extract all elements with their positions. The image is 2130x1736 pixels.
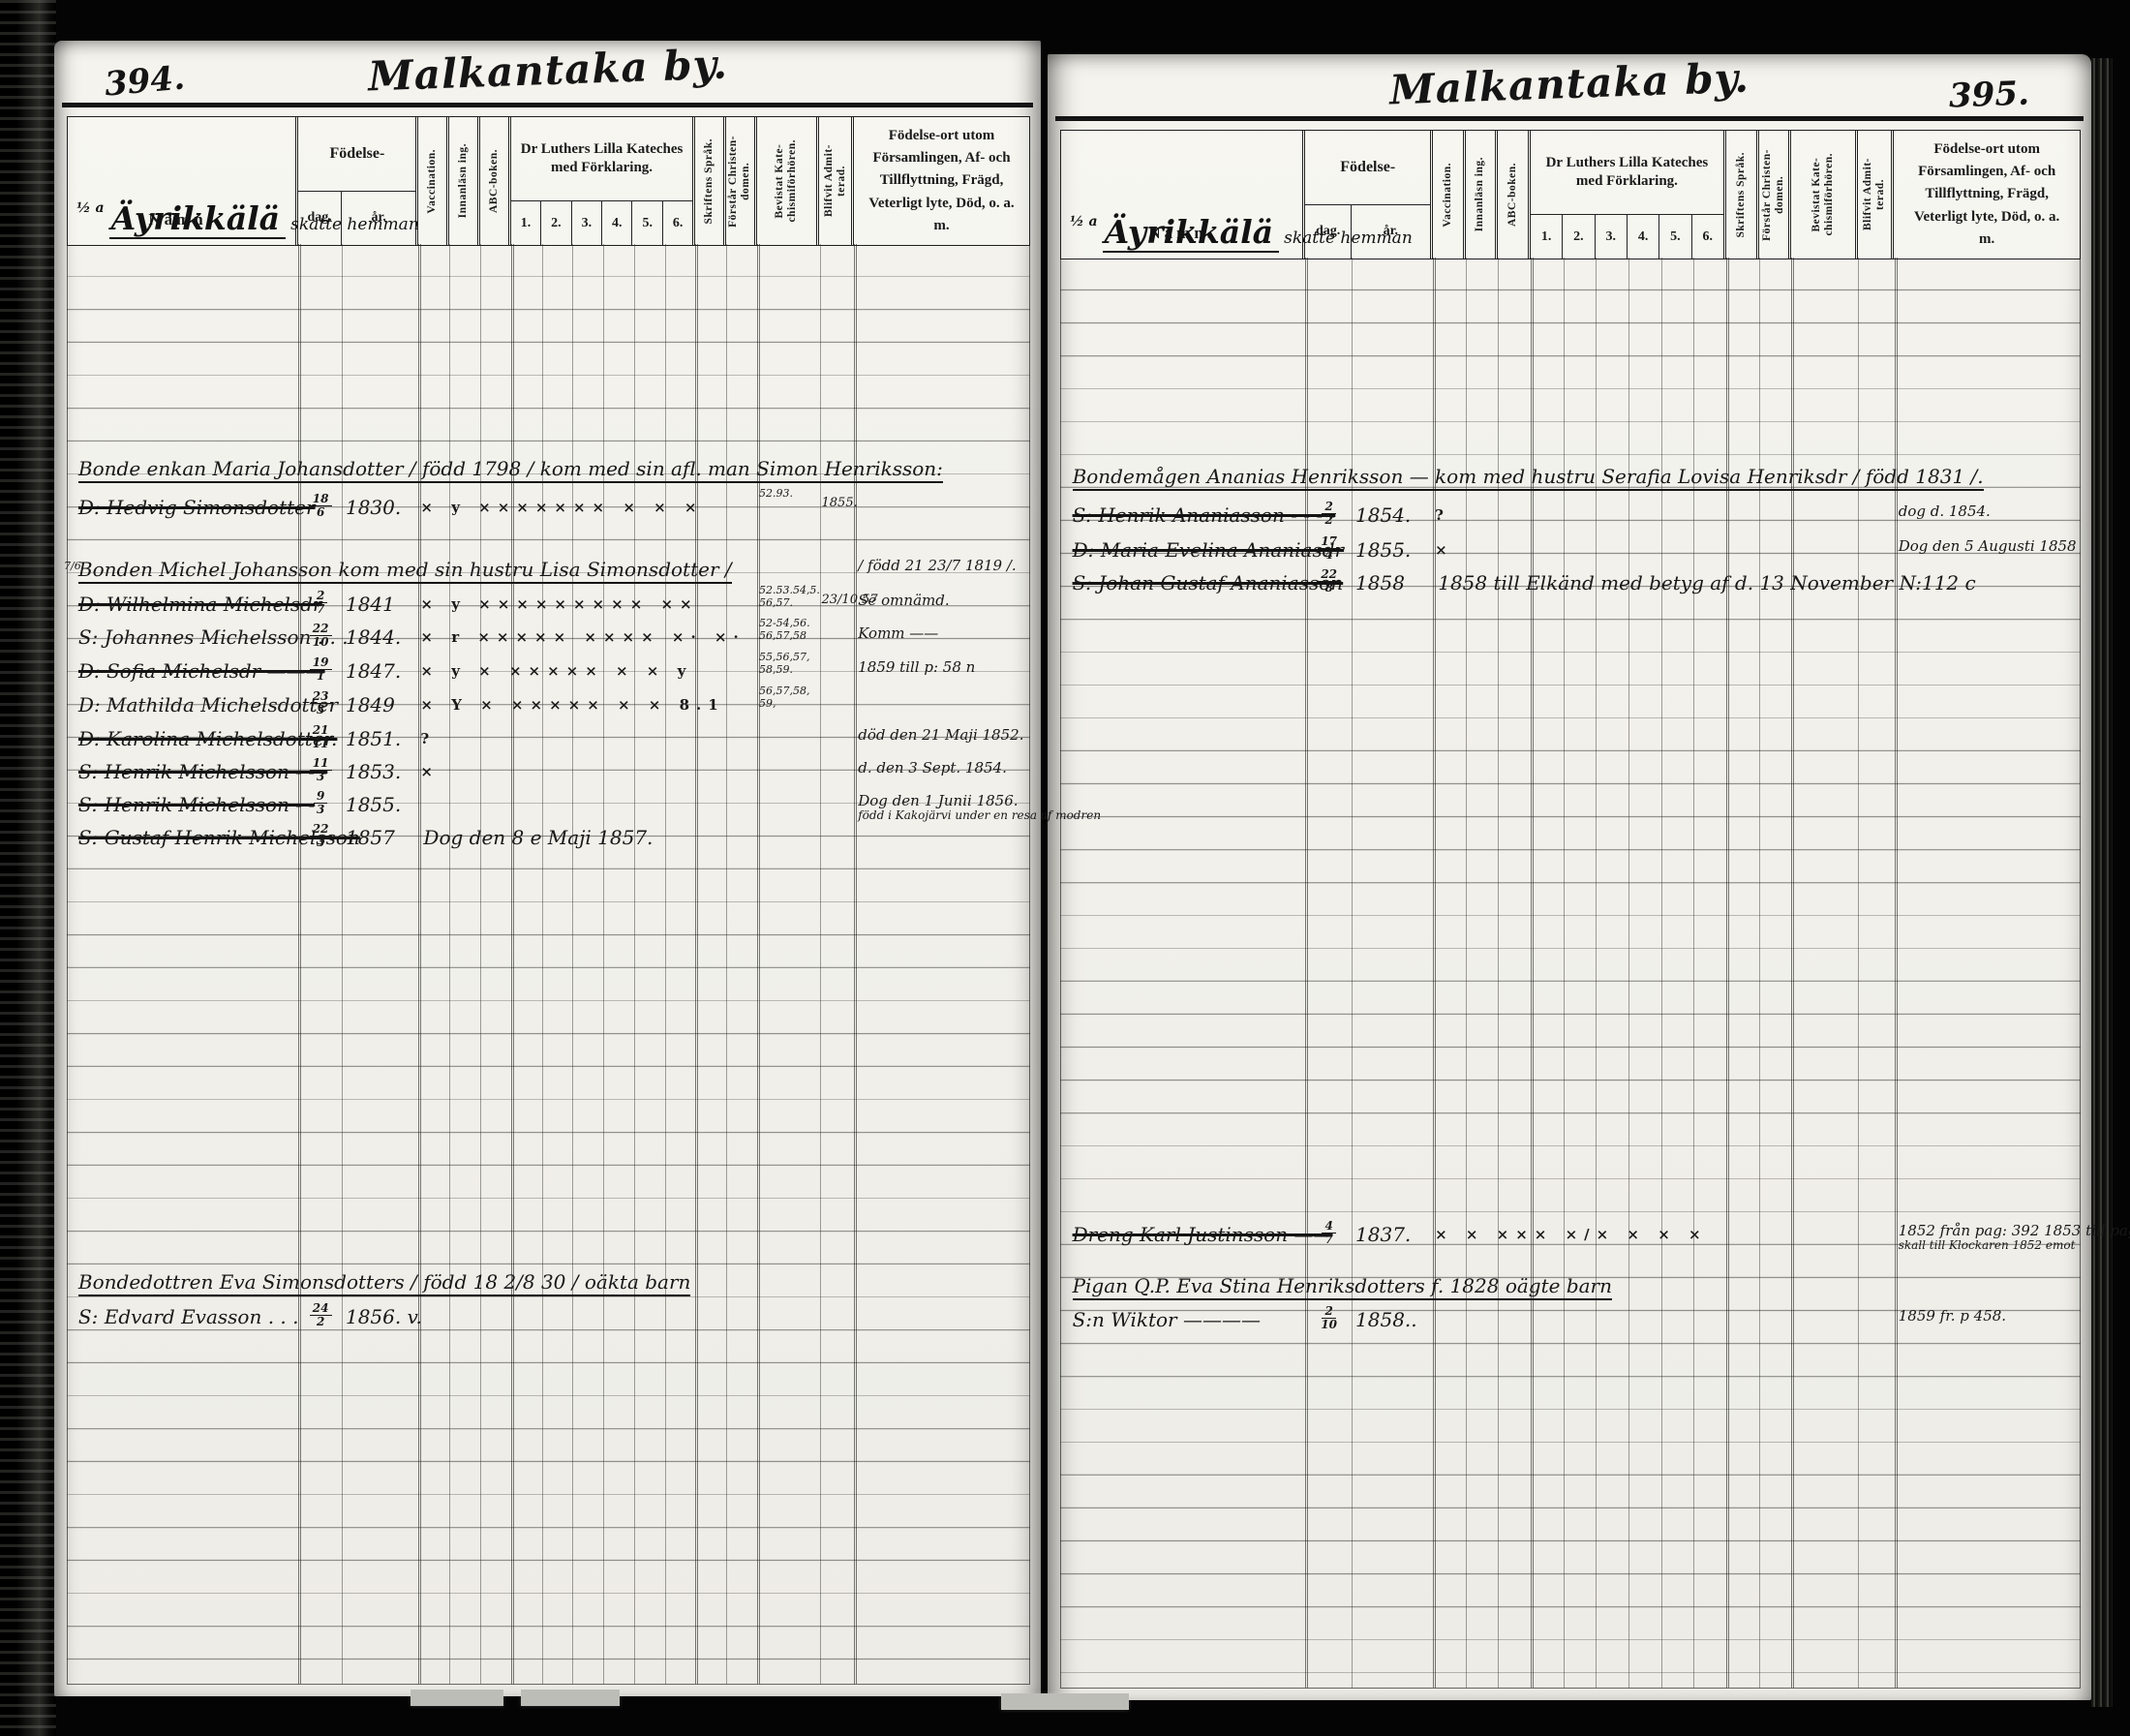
column-header-bevistat: Bevistat Kate- chismiförhören. xyxy=(757,117,820,245)
film-marker xyxy=(411,1690,503,1706)
entry-birth-year: 1857 xyxy=(346,826,395,849)
column-header-notes: Födelse-ort utom Församlingen, Af- och T… xyxy=(1894,131,2079,259)
section-header-handwritten: ½ a Äyrikkälä skatte hemman xyxy=(1070,213,1413,251)
entry-name: S:n Wiktor ———— xyxy=(1073,1308,1261,1331)
column-header-skriftens-sprak: Skriftens Språk. xyxy=(695,117,726,245)
ledger-entry: Bondemågen Ananias Henriksson — kom med … xyxy=(1061,463,2080,496)
kateches-subcolumn-label: 3. xyxy=(572,201,602,245)
bevistat-label: Bevistat Kate- chismiförhören. xyxy=(774,139,799,223)
page-number: 395. xyxy=(1949,75,2030,116)
entry-remark: Dog den 5 Augusti 1858 xyxy=(1899,538,2077,555)
entry-remark: död den 21 Maji 1852. xyxy=(858,727,1023,744)
ledger-page-394: 394. Malkantaka by. Namn. Födelse- dag. … xyxy=(54,41,1041,1696)
entry-birth-year: 1858 xyxy=(1355,571,1405,594)
header-rule xyxy=(1055,116,2084,121)
entry-birth-year: 1851. xyxy=(346,727,401,750)
entry-name: S: Henrik Ananiasson - - - - xyxy=(1073,503,1336,527)
column-header-blifvit-admitterad: Blifvit Admit- terad. xyxy=(1858,131,1895,259)
entry-exam-marks: × y ××××××××× ×× xyxy=(420,595,698,613)
entry-name: D: Maria Evelina Ananiasdr xyxy=(1073,538,1345,562)
kateches-subcolumn-label: 1. xyxy=(1531,215,1563,259)
section-name: Äyrikkälä xyxy=(109,199,286,239)
kateches-subcolumn-label: 1. xyxy=(511,201,541,245)
blifvit-admitterad-label: Blifvit Admit- terad. xyxy=(823,144,848,217)
entry-remark: / född 21 23/7 1819 /. xyxy=(858,558,1016,574)
section-suffix: skatte hemman xyxy=(290,215,419,234)
entry-name: S: Henrik Michelsson - - xyxy=(78,793,315,816)
ledger-entry: D: Hedvig Simonsdotter 186 1830. × y ×××… xyxy=(68,494,1029,527)
abc-boken-label: ABC-boken. xyxy=(488,149,501,213)
entry-name: Dreng Karl Justinsson —— xyxy=(1073,1223,1333,1246)
innanlasning-label: Innanläsn ing. xyxy=(1474,157,1486,231)
kateches-label: Dr Luthers Lilla Kateches med Förklaring… xyxy=(1531,131,1723,214)
column-header-forstar-christendomen: Förstår Christen- domen. xyxy=(1759,131,1792,259)
kateches-subcolumns: 1.2.3.4.5.6. xyxy=(511,200,693,245)
entry-birth-day: 27 xyxy=(301,590,340,615)
ledger-entry: Dreng Karl Justinsson —— 47 1837. × × ××… xyxy=(1061,1221,2080,1254)
entry-name: D: Mathilda Michelsdotter xyxy=(78,693,338,716)
ledger-entry: D: Wilhelmina Michelsdr 27 1841 × y ××××… xyxy=(68,591,1029,624)
ledger-entry: S: Henrik Ananiasson - - - - 22 1854. ? … xyxy=(1061,502,2080,534)
column-header-abc-boken: ABC-boken. xyxy=(480,117,511,245)
entry-inline-note: 1858 till Elkänd med betyg af d. 13 Nove… xyxy=(1438,571,1975,594)
entry-birth-year: 1830. xyxy=(346,496,401,519)
entry-birth-year: 1849 xyxy=(346,693,395,716)
entry-remark: Se omnämd. xyxy=(858,593,949,609)
entry-birth-day: 242 xyxy=(301,1302,340,1327)
entry-name: S: Johan Gustaf Ananiasson xyxy=(1073,571,1344,594)
entry-birth-year: 1854. xyxy=(1355,503,1411,527)
ledger-entry: 7/6 Bonden Michel Johansson kom med sin … xyxy=(68,556,1029,589)
skriftens-sprak-label: Skriftens Språk. xyxy=(1735,152,1748,238)
book-spine-edge xyxy=(0,0,56,1736)
village-title-handwritten: Malkantaka by. xyxy=(367,41,728,101)
ledger-table: Namn. Födelse- dag. år. Vaccination. Inn… xyxy=(67,116,1030,1685)
entry-name: S: Henrik Michelsson - - - xyxy=(78,760,327,783)
innanlasning-label: Innanläsn ing. xyxy=(457,143,470,218)
vaccination-label: Vaccination. xyxy=(1442,163,1454,228)
column-header-vaccination: Vaccination. xyxy=(1433,131,1466,259)
entry-birth-year: 1844. xyxy=(346,625,401,649)
ledger-entry: D: Karolina Michelsdotter. 2111 1851. ? … xyxy=(68,725,1029,758)
entry-bevistat-years: 52-54,56. 56,57,58 xyxy=(759,617,810,642)
column-header-notes: Födelse-ort utom Församlingen, Af- och T… xyxy=(854,117,1029,245)
kateches-subcolumns: 1.2.3.4.5.6. xyxy=(1531,214,1723,259)
ledger-entry: S: Edvard Evasson . . . 242 1856. v. xyxy=(68,1303,1029,1336)
section-suffix: skatte hemman xyxy=(1284,228,1413,248)
column-header-kateches: Dr Luthers Lilla Kateches med Förklaring… xyxy=(511,117,696,245)
column-header-forstar-christendomen: Förstår Christen- domen. xyxy=(726,117,757,245)
entry-name: D: Hedvig Simonsdotter xyxy=(78,496,316,519)
entry-bevistat-years: 55,56,57, 58,59. xyxy=(759,651,809,676)
column-header-abc-boken: ABC-boken. xyxy=(1498,131,1531,259)
entry-birth-year: 1837. xyxy=(1355,1223,1411,1246)
skriftens-sprak-label: Skriftens Språk. xyxy=(703,138,715,225)
entry-bevistat-years: 56,57,58, 59, xyxy=(759,685,809,710)
entry-remark: Komm —— xyxy=(858,625,938,642)
entry-exam-marks: ? xyxy=(1435,506,1450,524)
column-header-innanlasning: Innanläsn ing. xyxy=(449,117,480,245)
column-header-blifvit-admitterad: Blifvit Admit- terad. xyxy=(819,117,854,245)
header-rule xyxy=(62,103,1033,107)
entry-name: Bonden Michel Johansson kom med sin hust… xyxy=(78,558,732,581)
entry-birth-day: 233 xyxy=(301,690,340,716)
ledger-entry: D: Maria Evelina Ananiasdr 174 1855. × D… xyxy=(1061,536,2080,569)
kateches-subcolumn-label: 5. xyxy=(632,201,662,245)
entry-birth-day: 93 xyxy=(301,790,340,815)
entry-birth-day: 2210 xyxy=(301,623,340,648)
forstar-christendomen-label: Förstår Christen- domen. xyxy=(1761,149,1786,241)
table-body: Bondemågen Ananias Henriksson — kom med … xyxy=(1060,258,2081,1689)
kateches-subcolumn-label: 2. xyxy=(1563,215,1595,259)
entry-inline-note: Dog den 8 e Maji 1857. xyxy=(423,826,653,849)
kateches-subcolumn-label: 3. xyxy=(1596,215,1628,259)
column-header-vaccination: Vaccination. xyxy=(418,117,449,245)
entry-remark: 1852 från pag: 392 1853 till pag: 389.sk… xyxy=(1899,1223,2130,1253)
kateches-label: Dr Luthers Lilla Kateches med Förklaring… xyxy=(511,117,693,200)
entry-birth-year: 1853. xyxy=(346,760,401,783)
bevistat-label: Bevistat Kate- chismiförhören. xyxy=(1810,153,1836,236)
ledger-table: Namn. Födelse- dag. år. Vaccination. Inn… xyxy=(1060,130,2081,1689)
ledger-entry: S:n Wiktor ———— 210 1858.. 1859 fr. p 45… xyxy=(1061,1306,2080,1339)
section-name: Äyrikkälä xyxy=(1103,213,1279,253)
forstar-christendomen-label: Förstår Christen- domen. xyxy=(727,136,752,228)
entry-name: Bondedottren Eva Simonsdotters / född 18… xyxy=(78,1270,691,1294)
entry-bevistat-years: 52.53.54,5. 56,57. xyxy=(759,584,820,609)
page-stack-edge xyxy=(2091,58,2113,1707)
table-body: Bonde enkan Maria Johansdotter / född 17… xyxy=(67,244,1030,1685)
ledger-page-395: 395. Malkantaka by. Namn. Födelse- dag. … xyxy=(1048,54,2091,1700)
column-header-innanlasning: Innanläsn ing. xyxy=(1466,131,1499,259)
kateches-subcolumn-label: 6. xyxy=(663,201,692,245)
scanned-book-spread: 394. Malkantaka by. Namn. Födelse- dag. … xyxy=(0,0,2130,1736)
entry-remark: Dog den 1 Junii 1856.född i Kakojärvi un… xyxy=(858,793,1101,823)
entry-remark: d. den 3 Sept. 1854. xyxy=(858,760,1007,777)
entry-birth-day: 22 xyxy=(1309,501,1350,526)
entry-bevistat-years: 52.93. xyxy=(759,487,793,500)
entry-remark: 1859 till p: 58 n xyxy=(858,659,975,676)
entry-name: Pigan Q.P. Eva Stina Henriksdotters f. 1… xyxy=(1073,1274,1612,1297)
entry-name: D: Karolina Michelsdotter. xyxy=(78,727,337,750)
ledger-entry: S: Johannes Michelsson . . . 2210 1844. … xyxy=(68,624,1029,656)
ledger-entry: S: Henrik Michelsson - - 93 1855. Dog de… xyxy=(68,791,1029,824)
kateches-subcolumn-label: 5. xyxy=(1659,215,1691,259)
vaccination-label: Vaccination. xyxy=(426,149,439,214)
fodelse-label: Födelse- xyxy=(1305,131,1430,204)
ledger-entry: D: Sofia Michelsdr ——— 191 1847. × y × ×… xyxy=(68,657,1029,690)
section-header-handwritten: ½ a Äyrikkälä skatte hemman xyxy=(76,199,419,237)
entry-birth-day: 228 xyxy=(1309,568,1350,594)
entry-admitted-year: 1855. xyxy=(822,496,858,510)
entry-birth-year: 1841 xyxy=(346,593,395,616)
entry-exam-marks: × y ××××××× × × × xyxy=(420,499,703,516)
entry-birth-day: 191 xyxy=(301,656,340,682)
entry-exam-marks: × r ××××× ×××× ×· ×· xyxy=(420,628,745,646)
entry-name: Bonde enkan Maria Johansdotter / född 17… xyxy=(78,457,943,480)
ledger-entry: S: Henrik Michelsson - - - 113 1853. × d… xyxy=(68,758,1029,791)
ledger-entry: Bondedottren Eva Simonsdotters / född 18… xyxy=(68,1268,1029,1301)
entry-birth-day: 47 xyxy=(1309,1220,1350,1245)
entry-birth-day: 174 xyxy=(1309,535,1350,561)
film-marker xyxy=(521,1690,620,1706)
fodelse-label: Födelse- xyxy=(298,117,415,191)
entry-name: Bondemågen Ananias Henriksson — kom med … xyxy=(1073,465,1984,488)
ledger-entry: Bonde enkan Maria Johansdotter / född 17… xyxy=(68,455,1029,488)
entry-birth-year: 1855. xyxy=(346,793,401,816)
village-title-handwritten: Malkantaka by. xyxy=(1388,54,1750,114)
entry-birth-year: 1856. v. xyxy=(346,1305,422,1328)
entry-birth-day: 223 xyxy=(301,823,340,848)
kateches-subcolumn-label: 4. xyxy=(602,201,632,245)
entry-exam-marks: × xyxy=(1435,541,1454,559)
entry-name: D: Sofia Michelsdr ——— xyxy=(78,659,325,683)
entry-exam-marks: × × ××× ×/× × × × xyxy=(1435,1226,1708,1243)
entry-remark: 1859 fr. p 458. xyxy=(1899,1308,2006,1325)
kateches-subcolumn-label: 2. xyxy=(541,201,571,245)
column-header-bevistat: Bevistat Kate- chismiförhören. xyxy=(1791,131,1857,259)
column-header-skriftens-sprak: Skriftens Språk. xyxy=(1726,131,1759,259)
entry-name: S: Edvard Evasson . . . xyxy=(78,1305,299,1328)
entry-exam-marks: × y × ××××× × × y xyxy=(420,662,692,680)
blifvit-admitterad-label: Blifvit Admit- terad. xyxy=(1862,158,1887,230)
entry-exam-marks: ? xyxy=(420,730,436,747)
entry-name: D: Wilhelmina Michelsdr xyxy=(78,593,322,616)
entry-exam-marks: × Y × ××××× × × 8.1 xyxy=(420,696,724,714)
entry-birth-year: 1855. xyxy=(1355,538,1411,562)
kateches-subcolumn-label: 4. xyxy=(1628,215,1659,259)
section-fraction: ½ a xyxy=(76,200,105,216)
entry-birth-day: 2111 xyxy=(301,724,340,749)
entry-birth-day: 186 xyxy=(301,493,340,518)
entry-exam-marks: × xyxy=(420,763,440,780)
column-header-kateches: Dr Luthers Lilla Kateches med Förklaring… xyxy=(1531,131,1726,259)
ledger-entry: S: Johan Gustaf Ananiasson 228 1858 1858… xyxy=(1061,569,2080,602)
entry-birth-day: 113 xyxy=(301,757,340,782)
section-fraction: ½ a xyxy=(1070,214,1098,229)
ledger-entry: D: Mathilda Michelsdotter 233 1849 × Y ×… xyxy=(68,691,1029,724)
ledger-entry: Pigan Q.P. Eva Stina Henriksdotters f. 1… xyxy=(1061,1272,2080,1305)
abc-boken-label: ABC-boken. xyxy=(1506,163,1519,227)
entry-birth-year: 1858.. xyxy=(1355,1308,1417,1331)
ledger-entry: S: Gustaf Henrik Michelsson 223 1857 Dog… xyxy=(68,824,1029,857)
entry-birth-year: 1847. xyxy=(346,659,401,683)
page-number: 394. xyxy=(103,58,186,104)
film-marker xyxy=(1001,1693,1129,1710)
entry-remark: dog d. 1854. xyxy=(1899,503,1991,520)
entry-birth-day: 210 xyxy=(1309,1305,1350,1330)
kateches-subcolumn-label: 6. xyxy=(1692,215,1723,259)
